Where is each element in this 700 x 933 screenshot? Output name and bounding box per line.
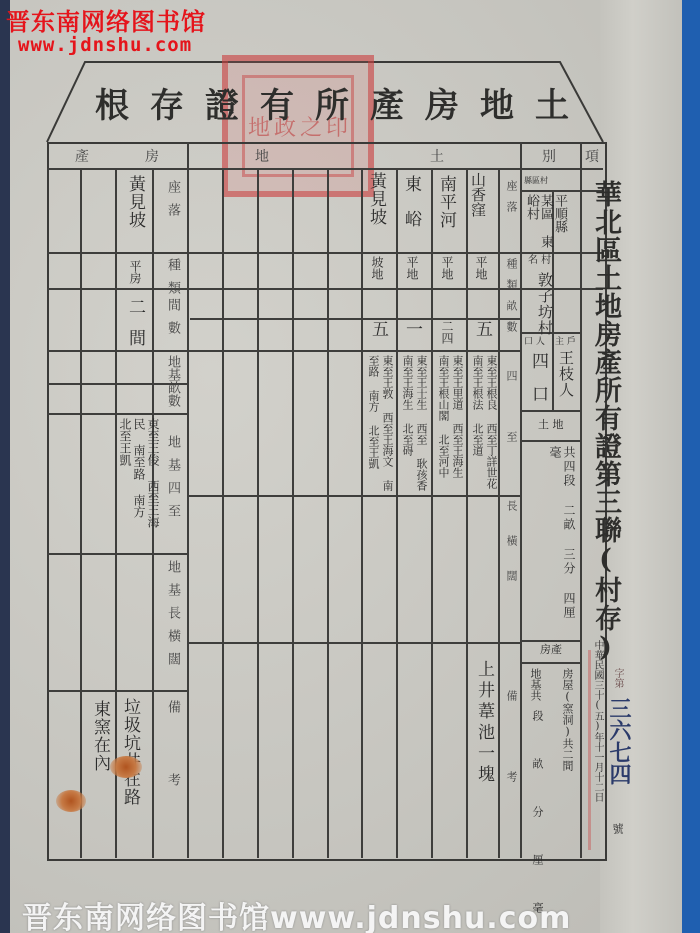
- header-land-char: 地: [255, 146, 269, 166]
- house-summary-base-label: 地基共: [528, 668, 542, 701]
- col-line: [80, 168, 82, 858]
- house-label-remarks: 備考: [163, 700, 182, 846]
- house-type: 平房: [128, 260, 142, 284]
- col-line-owner: [520, 142, 522, 858]
- rust-stain: [110, 756, 142, 778]
- header-land-char: 土: [430, 146, 444, 166]
- owner-village-label: 名 村: [528, 254, 551, 268]
- parcel-4-boundaries: 東至王敦 西至王海文 南至路 南方 北至王凱: [366, 355, 394, 495]
- serial-number: 三六七四: [604, 697, 635, 785]
- watermark-site-name: 晋东南网络图书馆: [6, 2, 206, 37]
- title-char: 土: [535, 78, 575, 127]
- house-label-boundaries: 地基四至: [163, 435, 182, 527]
- title-char: 存: [150, 78, 190, 127]
- row-divider-house-base2: [47, 413, 187, 415]
- land-remarks: 上井葦池一塊: [472, 660, 497, 786]
- col-line-side-title: [580, 142, 582, 858]
- parcel-1-type: 平地: [474, 256, 488, 280]
- owner-land-label: 土 地: [538, 418, 564, 432]
- col-line: [222, 168, 224, 858]
- house-label-dimensions: 地基長橫闊: [163, 560, 182, 675]
- col-line: [431, 168, 433, 858]
- house-label-base-area: 地基畝數: [163, 355, 182, 407]
- row-divider-boundaries: [187, 495, 520, 497]
- title-char: 證: [205, 78, 245, 127]
- document-title: 土 地 房 產 所 有 證 存 根: [95, 78, 575, 127]
- land-label-type: 種類: [503, 258, 519, 300]
- header-house-char: 房: [145, 146, 159, 166]
- title-char: 所: [315, 78, 355, 127]
- col-line: [115, 168, 117, 858]
- land-label-location: 座落: [503, 180, 519, 222]
- parcel-2-type: 平地: [440, 256, 454, 280]
- header-item: 項: [585, 146, 599, 166]
- header-category: 別: [542, 146, 556, 166]
- owner-name: 王枝人: [556, 350, 577, 398]
- parcel-4-type: 坡地: [370, 256, 384, 280]
- house-boundaries: 東至王俊 西至王海民 南至路 南方 北至王凱: [118, 418, 160, 538]
- serial-label: 字第: [610, 668, 624, 688]
- parcel-2-area: 二四: [440, 320, 454, 344]
- owner-district-header: 縣區村: [524, 174, 548, 188]
- owner-divider-6: [520, 640, 580, 642]
- title-char: 產: [370, 78, 410, 127]
- watermark-url-link[interactable]: www.jdnshu.com: [18, 34, 192, 56]
- parcel-4-location: 黃見坡: [364, 172, 389, 226]
- row-divider-house-dimensions: [47, 690, 187, 692]
- issue-date: 中華民國三十(五)年十一月十二日: [590, 640, 604, 850]
- col-line: [396, 168, 398, 858]
- owner-county-village: 平順縣 某區 東峪村: [524, 194, 566, 250]
- parcel-3-area: 一: [400, 320, 425, 338]
- parcel-2-location: 南平河: [434, 175, 459, 229]
- parcel-3-location: 東峪: [399, 175, 424, 245]
- serial-suffix: 號: [610, 823, 624, 834]
- land-label-remarks: 備考: [503, 690, 519, 852]
- house-remark-2: 東窯在內: [88, 700, 113, 772]
- house-location: 黃見坡: [123, 175, 148, 229]
- owner-divider-5: [520, 440, 580, 442]
- col-line: [292, 168, 294, 858]
- parcel-1-location: 山香窪: [470, 172, 486, 217]
- rust-stain: [56, 790, 86, 812]
- land-label-quantity: 畝數: [503, 300, 519, 342]
- owner-village-name: 敦子坊村: [535, 272, 556, 336]
- parcel-2-boundaries: 東至王里道 西至王海生 南至王根山閣 北至河中: [436, 355, 464, 495]
- col-line: [327, 168, 329, 858]
- house-label-rooms: 間數: [163, 298, 182, 344]
- row-divider-quantity: [47, 350, 520, 352]
- title-char: 有: [260, 78, 300, 127]
- col-line: [361, 168, 363, 858]
- owner-land-total: 共四段 二畝 三分 四厘 毫: [548, 446, 576, 636]
- parcel-4-area: 五: [366, 320, 391, 338]
- col-line-house-labels: [187, 142, 189, 858]
- house-remark-1: 垃圾坑井在路: [118, 698, 143, 806]
- watermark-bottom: 晋东南网络图书馆www.jdnshu.com: [22, 893, 571, 933]
- side-title-north-china-certificate: 華北區土地房產所有證第三聯(村存): [586, 180, 625, 664]
- house-label-location: 座落: [163, 180, 182, 226]
- owner-divider-7: [520, 662, 580, 664]
- parcel-3-type: 平地: [405, 256, 419, 280]
- land-label-dimensions: 長橫闊: [503, 500, 519, 605]
- col-line: [466, 168, 468, 858]
- parcel-3-boundaries: 東至王士生 西至 耿孩香 南至王海生 北至碍: [400, 355, 428, 495]
- owner-name-label: 主 戶: [555, 335, 576, 349]
- row-divider-house-boundaries: [47, 553, 187, 555]
- title-char: 房: [425, 78, 465, 127]
- house-rooms: 二間: [123, 298, 148, 360]
- house-summary-label: 房產: [540, 643, 562, 657]
- title-char: 根: [95, 78, 135, 127]
- owner-population-label: 口 人: [524, 335, 545, 349]
- col-line: [257, 168, 259, 858]
- parcel-1-boundaries: 東至王根良 西至丁詳世花 南至王根法 北至道: [470, 355, 498, 495]
- land-label-boundaries: 四至: [503, 370, 519, 492]
- row-divider-dimensions: [187, 642, 520, 644]
- house-summary-houses: 房屋(窯洞)共二間: [560, 668, 574, 818]
- owner-population: 四口: [526, 352, 551, 418]
- parcel-1-area: 五: [470, 320, 495, 338]
- title-char: 地: [480, 78, 520, 127]
- col-line-land-labels: [498, 168, 500, 858]
- header-house-char: 產: [75, 146, 89, 166]
